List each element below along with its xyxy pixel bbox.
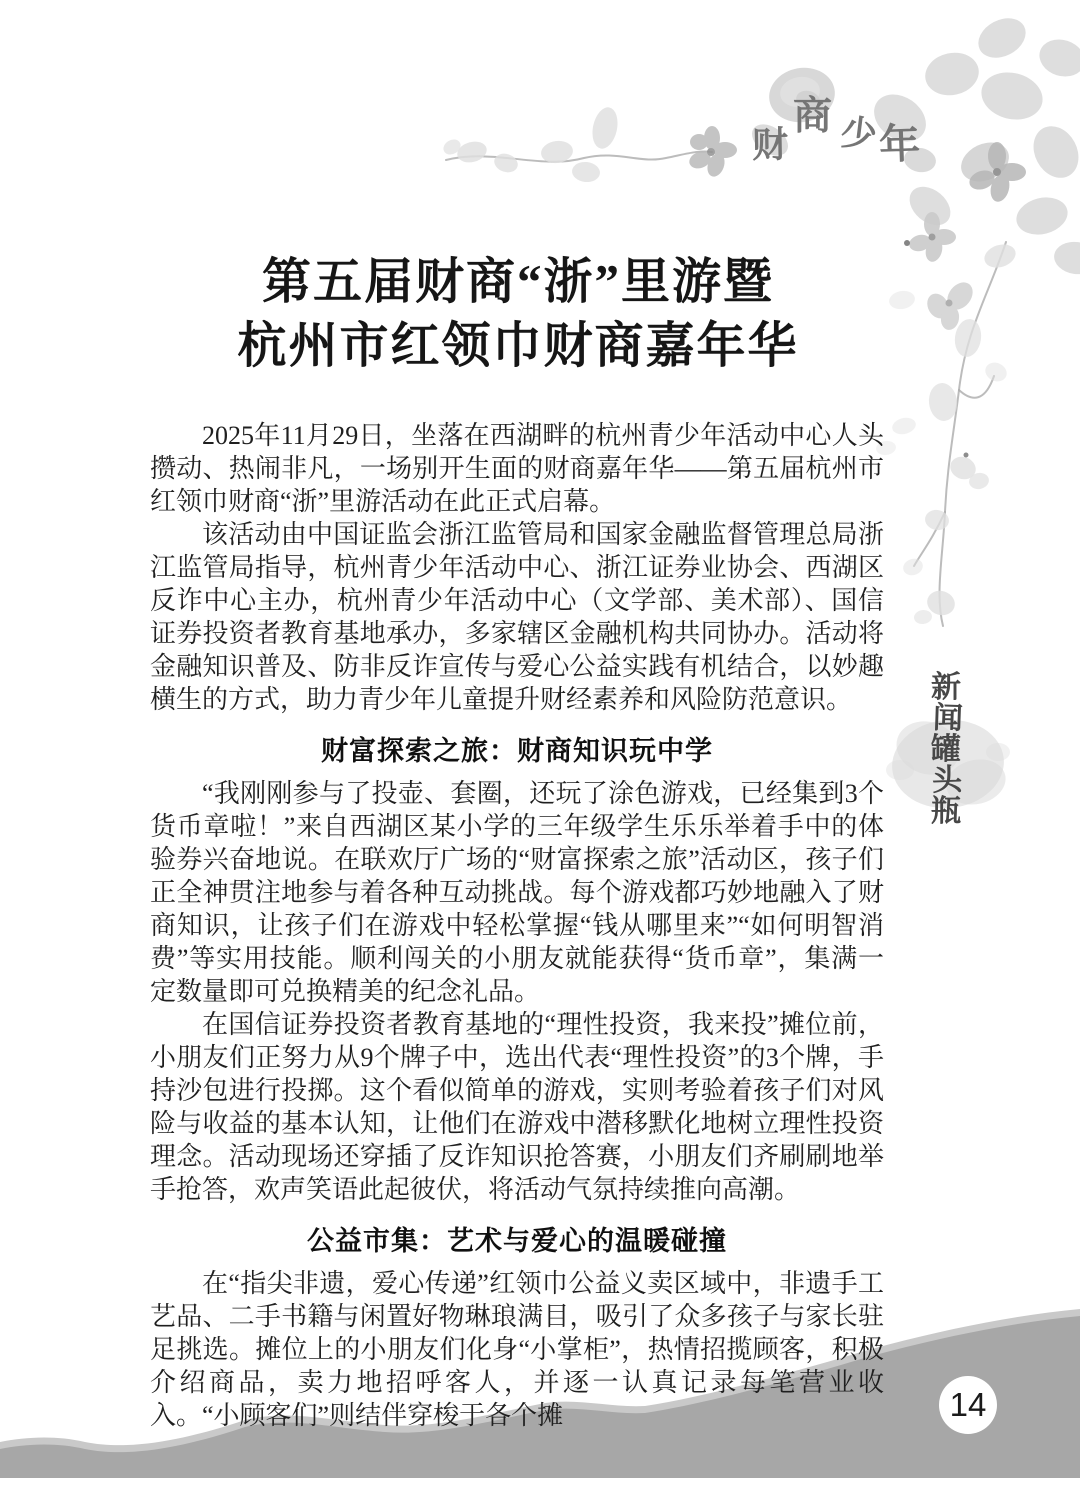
article-title-line2: 杭州市红领巾财商嘉年华	[150, 314, 886, 378]
column-label-news-can: 新 闻 罐 头 瓶	[920, 672, 972, 827]
side-label-char: 头	[931, 764, 962, 796]
article-title: 第五届财商“浙”里游暨 杭州市红领巾财商嘉年华	[150, 250, 886, 378]
section2-paragraph-1: 在“指尖非遗，爱心传递”红领巾公益义卖区域中，非遗手工艺品、二手书籍与闲置好物琳…	[150, 1267, 884, 1432]
brand-char: 少	[838, 104, 880, 159]
side-label-char: 瓶	[931, 796, 961, 827]
article-body: 2025年11月29日，坐落在西湖畔的杭州青少年活动中心人头攒动、热闹非凡，一场…	[150, 419, 884, 1432]
section-heading-wealth-exploration: 财富探索之旅：财商知识玩中学	[150, 735, 884, 768]
intro-paragraph-1: 2025年11月29日，坐落在西湖畔的杭州青少年活动中心人头攒动、热闹非凡，一场…	[150, 419, 884, 518]
brand-char: 财	[752, 117, 789, 169]
page-number: 14	[950, 1386, 987, 1424]
side-label-char: 新	[931, 672, 961, 703]
flower-vine-right	[875, 241, 1018, 626]
section-heading-charity-market: 公益市集：艺术与爱心的温暖碰撞	[150, 1225, 884, 1258]
brand-char: 商	[793, 85, 832, 141]
brand-char: 年	[878, 110, 921, 170]
page-number-badge: 14	[939, 1376, 997, 1434]
side-label-char: 闻	[932, 702, 963, 734]
side-label-char: 罐	[931, 734, 961, 765]
magazine-page: 财 商 少 年 第五届财商“浙”里游暨 杭州市红领巾财商嘉年华 2025年11月…	[0, 0, 1080, 1495]
section1-paragraph-1: “我刚刚参与了投壶、套圈，还玩了涂色游戏，已经集到3个货币章啦！”来自西湖区某小…	[150, 777, 884, 1008]
article-title-line1: 第五届财商“浙”里游暨	[150, 250, 886, 314]
section1-paragraph-2: 在国信证券投资者教育基地的“理性投资，我来投”摊位前，小朋友们正努力从9个牌子中…	[150, 1008, 884, 1206]
intro-paragraph-2: 该活动由中国证监会浙江监管局和国家金融监督管理总局浙江监管局指导，杭州青少年活动…	[150, 518, 884, 716]
